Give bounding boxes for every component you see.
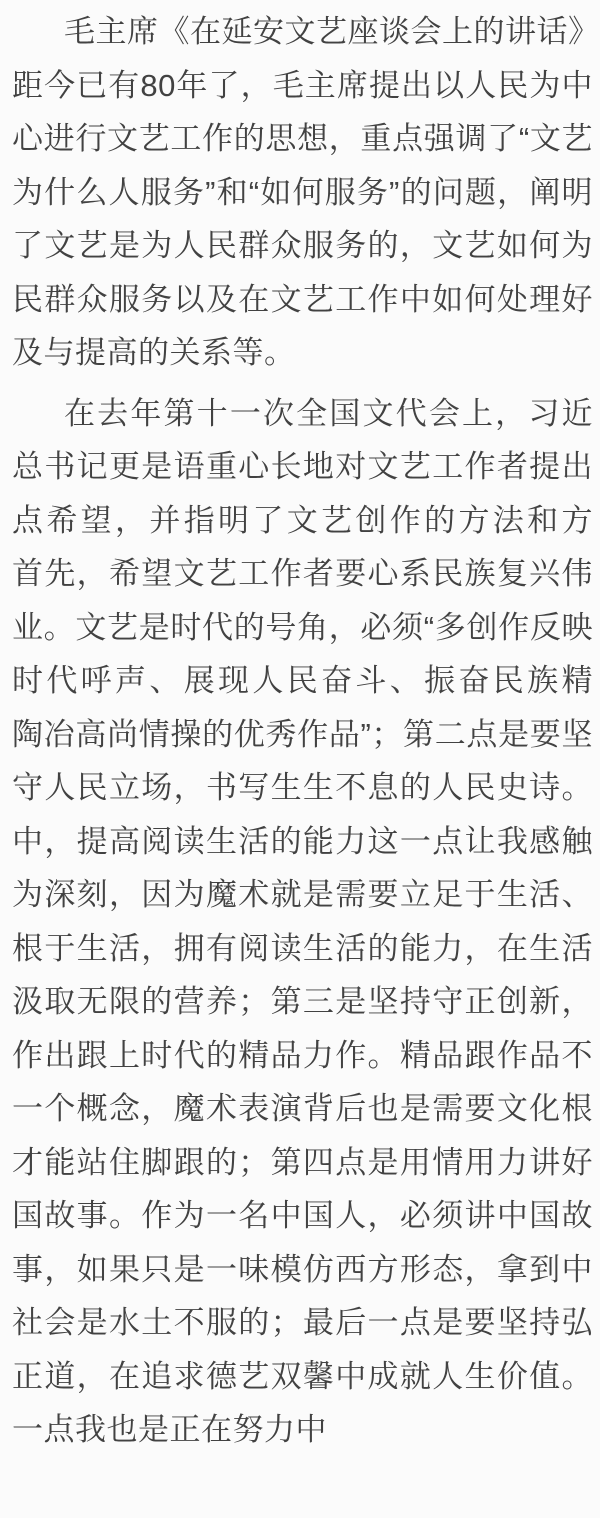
text-line: 作出跟上时代的精品力作。精品跟作品不是 <box>12 1029 593 1083</box>
text-line: 才能站住脚跟的；第四点是用情用力讲好中 <box>12 1136 593 1190</box>
text-line: 为什么人服务”和“如何服务”的问题，阐明 <box>12 166 593 220</box>
text-line: 时代呼声、展现人民奋斗、振奋民族精神、 <box>12 654 593 708</box>
text-line: 心进行文艺工作的思想，重点强调了“文艺 <box>12 112 593 166</box>
article-body: 毛主席《在延安文艺座谈会上的讲话》距今已有80年了，毛主席提出以人民为中心进行文… <box>12 5 593 1457</box>
text-line: 了文艺是为人民群众服务的，文艺如何为人 <box>12 219 593 273</box>
text-line: 毛主席《在延安文艺座谈会上的讲话》 <box>12 5 593 59</box>
text-line: 社会是水土不服的；最后一点是要坚持弘扬 <box>12 1296 593 1350</box>
text-line: 国故事。作为一名中国人，必须讲中国故 <box>12 1189 593 1243</box>
paragraph: 在去年第十一次全国文代会上，习近平总书记更是语重心长地对文艺工作者提出五点希望，… <box>12 387 593 1457</box>
text-line: 民群众服务以及在文艺工作中如何处理好普 <box>12 273 593 327</box>
text-line: 陶冶高尚情操的优秀作品”；第二点是要坚 <box>12 708 593 762</box>
paragraph: 毛主席《在延安文艺座谈会上的讲话》距今已有80年了，毛主席提出以人民为中心进行文… <box>12 5 593 380</box>
text-line: 一个概念，魔术表演背后也是需要文化根基 <box>12 1082 593 1136</box>
text-line: 一点我也是正在努力中 <box>12 1403 593 1457</box>
text-line: 总书记更是语重心长地对文艺工作者提出五 <box>12 440 593 494</box>
text-line: 汲取无限的营养；第三是坚持守正创新，创 <box>12 975 593 1029</box>
text-line: 中，提高阅读生活的能力这一点让我感触尤 <box>12 815 593 869</box>
text-line: 业。文艺是时代的号角，必须“多创作反映 <box>12 601 593 655</box>
text-line: 正道，在追求德艺双馨中成就人生价值。这 <box>12 1350 593 1404</box>
text-line: 首先，希望文艺工作者要心系民族复兴伟 <box>12 547 593 601</box>
text-line: 及与提高的关系等。 <box>12 326 593 380</box>
text-line: 根于生活，拥有阅读生活的能力，在生活中 <box>12 922 593 976</box>
text-line: 在去年第十一次全国文代会上，习近平 <box>12 387 593 441</box>
text-line: 事，如果只是一味模仿西方形态，拿到中国 <box>12 1243 593 1297</box>
text-line: 守人民立场，书写生生不息的人民史诗。其 <box>12 761 593 815</box>
article-page: 毛主席《在延安文艺座谈会上的讲话》距今已有80年了，毛主席提出以人民为中心进行文… <box>0 0 600 1518</box>
text-line: 距今已有80年了，毛主席提出以人民为中 <box>12 59 593 113</box>
text-line: 点希望，并指明了文艺创作的方法和方向。 <box>12 494 593 548</box>
text-line: 为深刻，因为魔术就是需要立足于生活、扎 <box>12 868 593 922</box>
